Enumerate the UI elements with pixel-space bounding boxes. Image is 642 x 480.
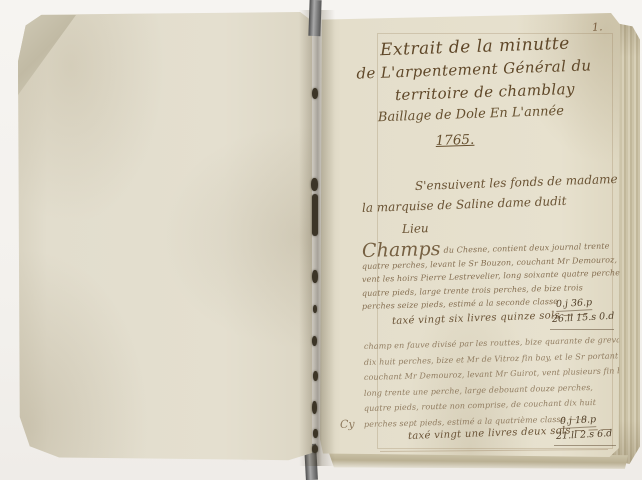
- folio-number: 1.: [592, 20, 603, 34]
- folded-corner: [18, 15, 76, 95]
- binding-stitch: [312, 88, 318, 99]
- entry-1: Champsdu Chesne, contient deux journal t…: [362, 245, 576, 314]
- bottom-rule: [380, 449, 608, 452]
- binding-stitch: [312, 270, 318, 283]
- binding-stitch: [313, 371, 318, 381]
- binding-stitch: [312, 445, 318, 453]
- binding-stitch: [312, 336, 317, 346]
- binding-stitch: [311, 178, 318, 191]
- binding-stitch: [313, 429, 318, 438]
- left-page: [18, 12, 312, 462]
- manuscript-scan: 1. Extrait de la minutte de L'arpentemen…: [0, 0, 642, 480]
- entry-1-margin-area: 0.j 36.p: [556, 297, 593, 312]
- right-page: 1. Extrait de la minutte de L'arpentemen…: [320, 13, 620, 457]
- entry-2-cy-mark: Cy: [340, 417, 355, 431]
- heading-line-3: Lieu: [402, 221, 429, 236]
- binding-stitch: [313, 305, 317, 313]
- margin-sum-rule: [550, 329, 614, 330]
- cradle-rod-top: [308, 0, 321, 36]
- entry-2-margin-area: 0.j 18.p: [560, 414, 597, 429]
- binding-stitch: [312, 194, 318, 236]
- margin-sum-rule: [554, 445, 616, 446]
- binding-stitch: [312, 401, 317, 414]
